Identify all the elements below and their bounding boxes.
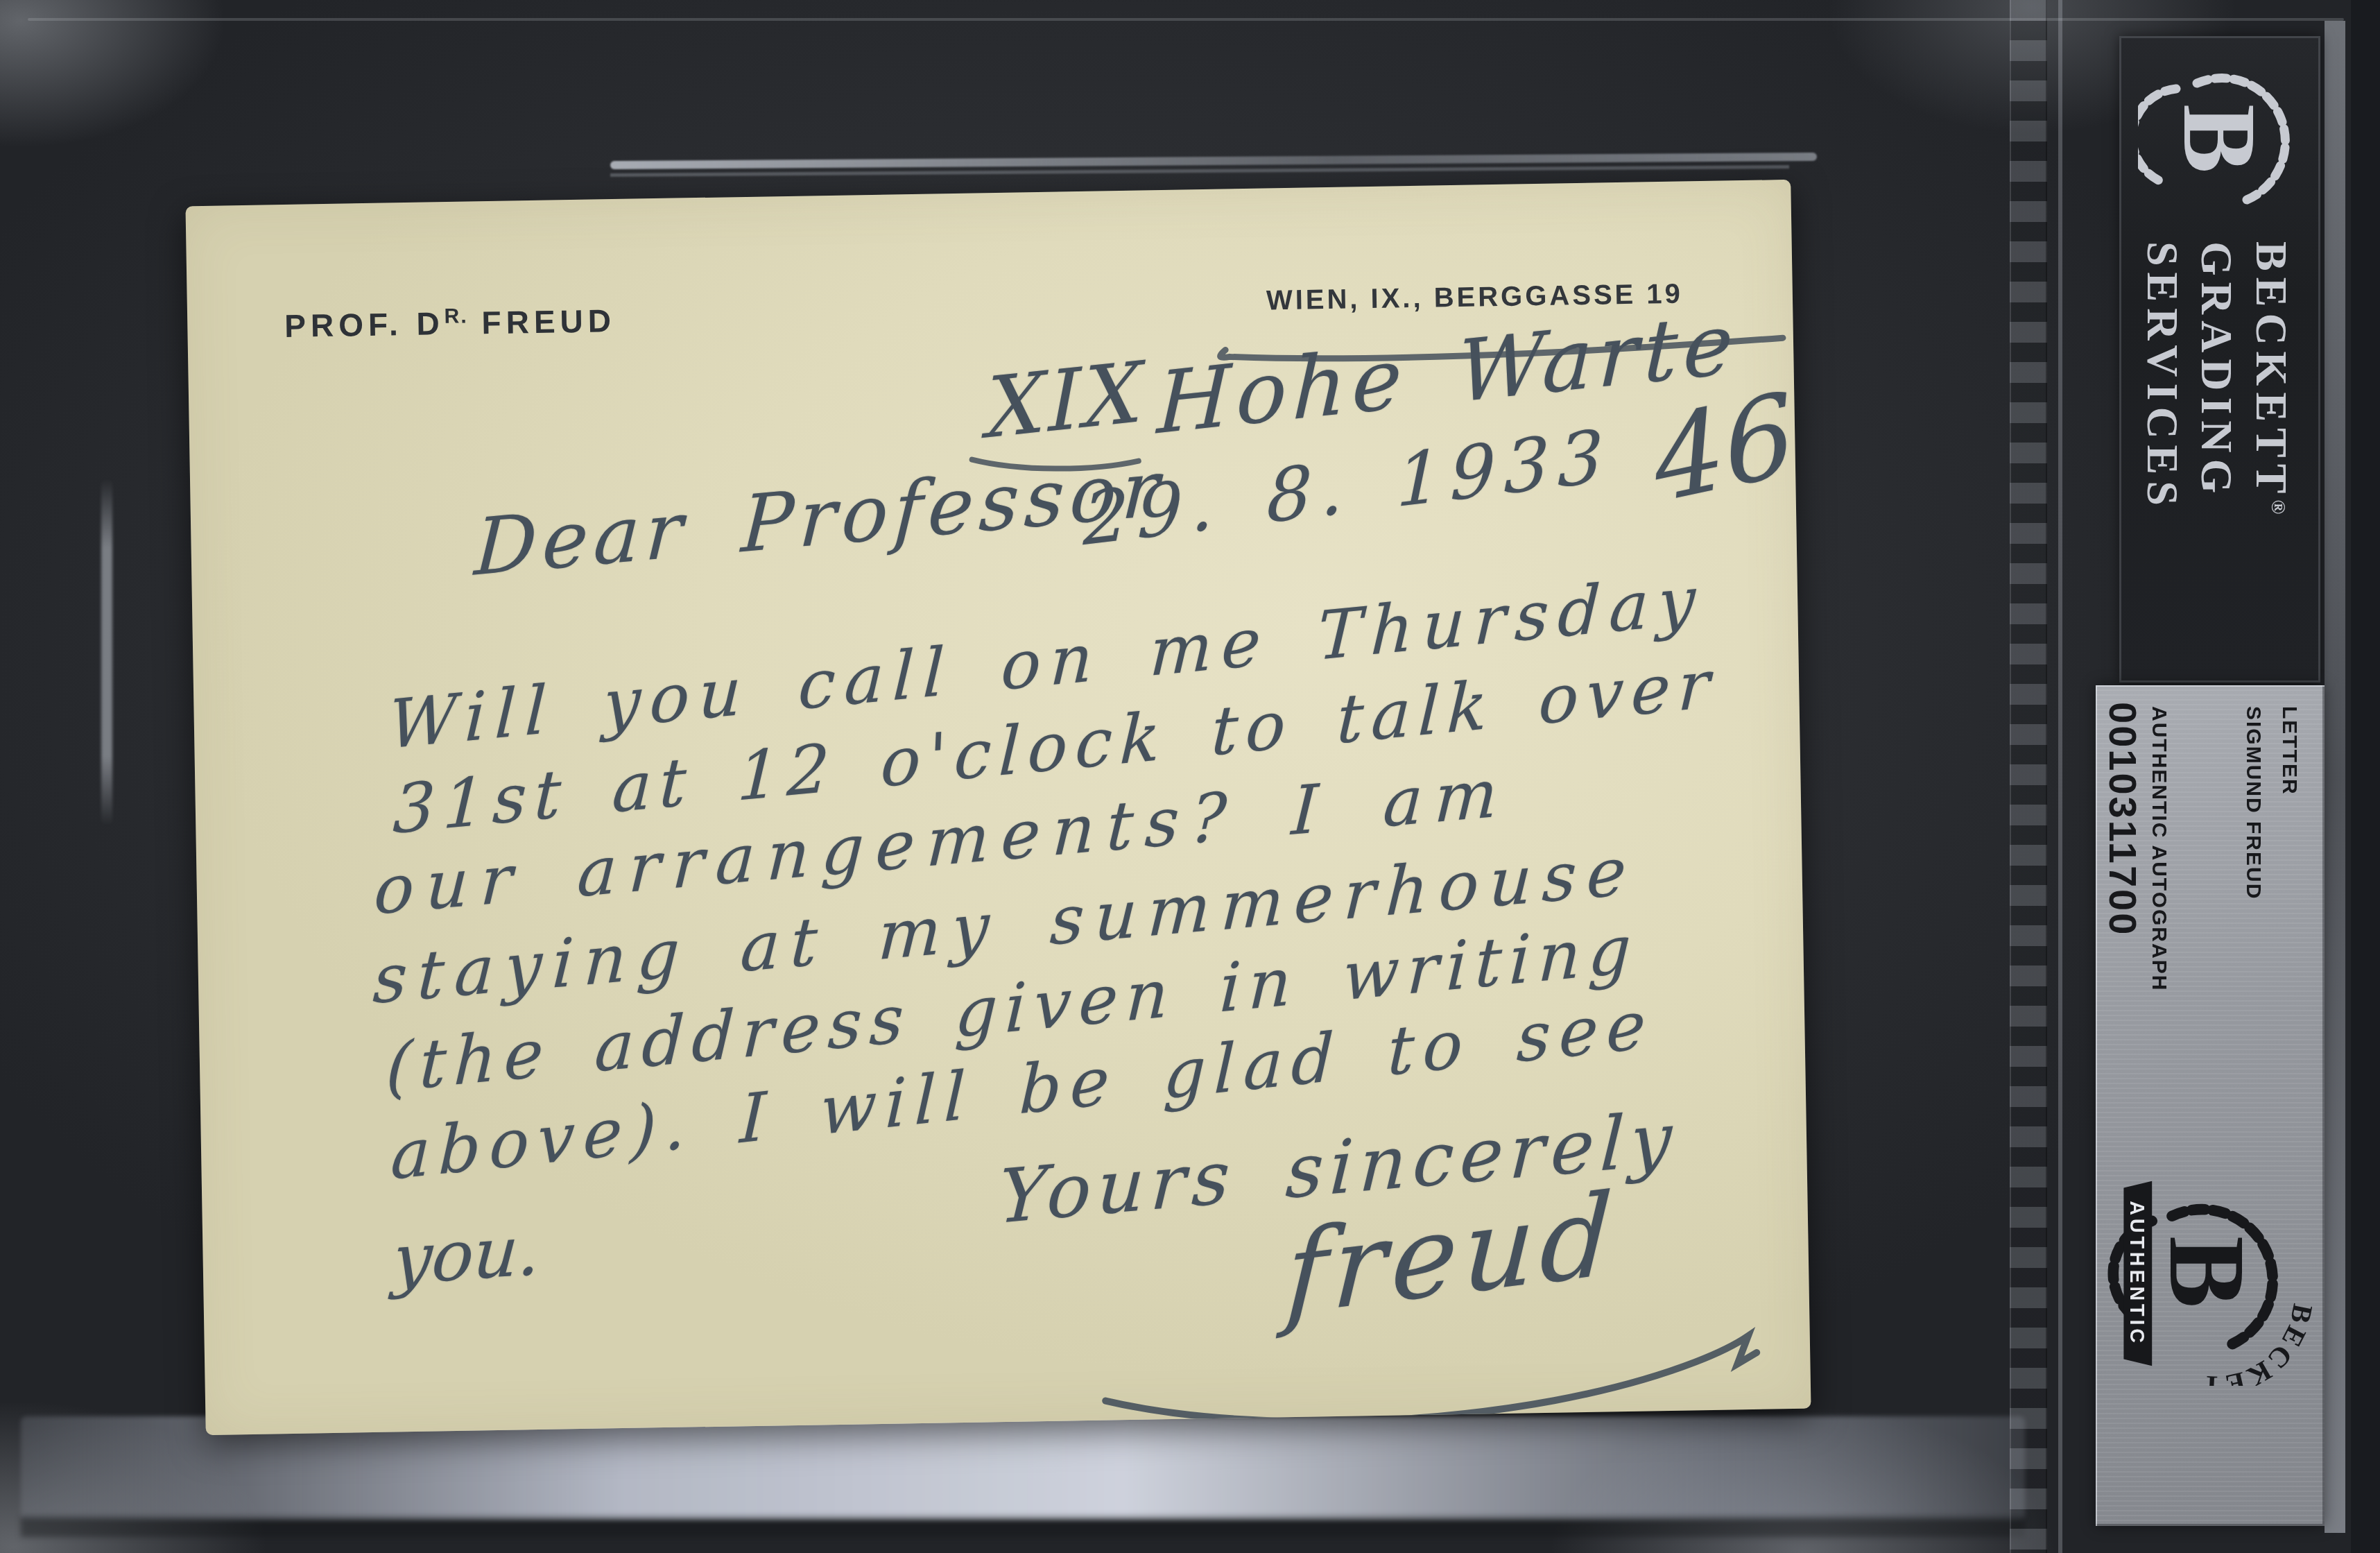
slab-right-edge: [2351, 0, 2380, 1553]
bgs-brand-label: B BECKETT® GRADING SERVICES: [2119, 36, 2320, 683]
svg-text:B: B: [2162, 104, 2277, 173]
slab-left-ridge-reflection: [101, 479, 112, 825]
slab-serrated-strip: [2010, 0, 2047, 1553]
cert-subject: SIGMUND FREUD: [2241, 706, 2265, 900]
beckett-authentic-logo-icon: B BECKETT AUTHENTIC: [2107, 1178, 2312, 1386]
graded-slab-photo: PROF. DR. FREUD WIEN, IX., BERGGASSE 19 …: [0, 0, 2380, 1553]
cert-item-type: LETTER: [2277, 706, 2301, 796]
cert-number: 0010311700: [2101, 702, 2146, 936]
slab-right-rail-highlight: [2325, 21, 2345, 1533]
bgs-wordmark: BECKETT® GRADING SERVICES: [2135, 241, 2304, 514]
slab-seam-line: [2058, 0, 2062, 1553]
bgs-cert-label: LETTER SIGMUND FREUD AUTHENTIC AUTOGRAPH…: [2096, 685, 2325, 1526]
registered-mark: ®: [2267, 499, 2288, 514]
handwritten-house-number: 46: [1648, 368, 1801, 529]
letter-card: PROF. DR. FREUD WIEN, IX., BERGGASSE 19 …: [185, 180, 1811, 1435]
beckett-laurel-logo-icon: B: [2139, 64, 2302, 216]
handwritten-district: XIX: [987, 344, 1146, 458]
signature-flourish-mark: [1105, 1336, 1758, 1425]
svg-text:AUTHENTIC: AUTHENTIC: [2125, 1201, 2148, 1346]
svg-text:B: B: [2147, 1236, 2267, 1308]
slab-bottom-shadow: [21, 1516, 2025, 1537]
body-line: you.: [390, 1209, 544, 1301]
letterhead-name: PROF. DR. FREUD: [284, 302, 616, 345]
cert-designation: AUTHENTIC AUTOGRAPH: [2147, 706, 2171, 991]
slab-top-edge-highlight: [28, 18, 2344, 21]
salutation: Dear Professor: [472, 443, 1166, 594]
